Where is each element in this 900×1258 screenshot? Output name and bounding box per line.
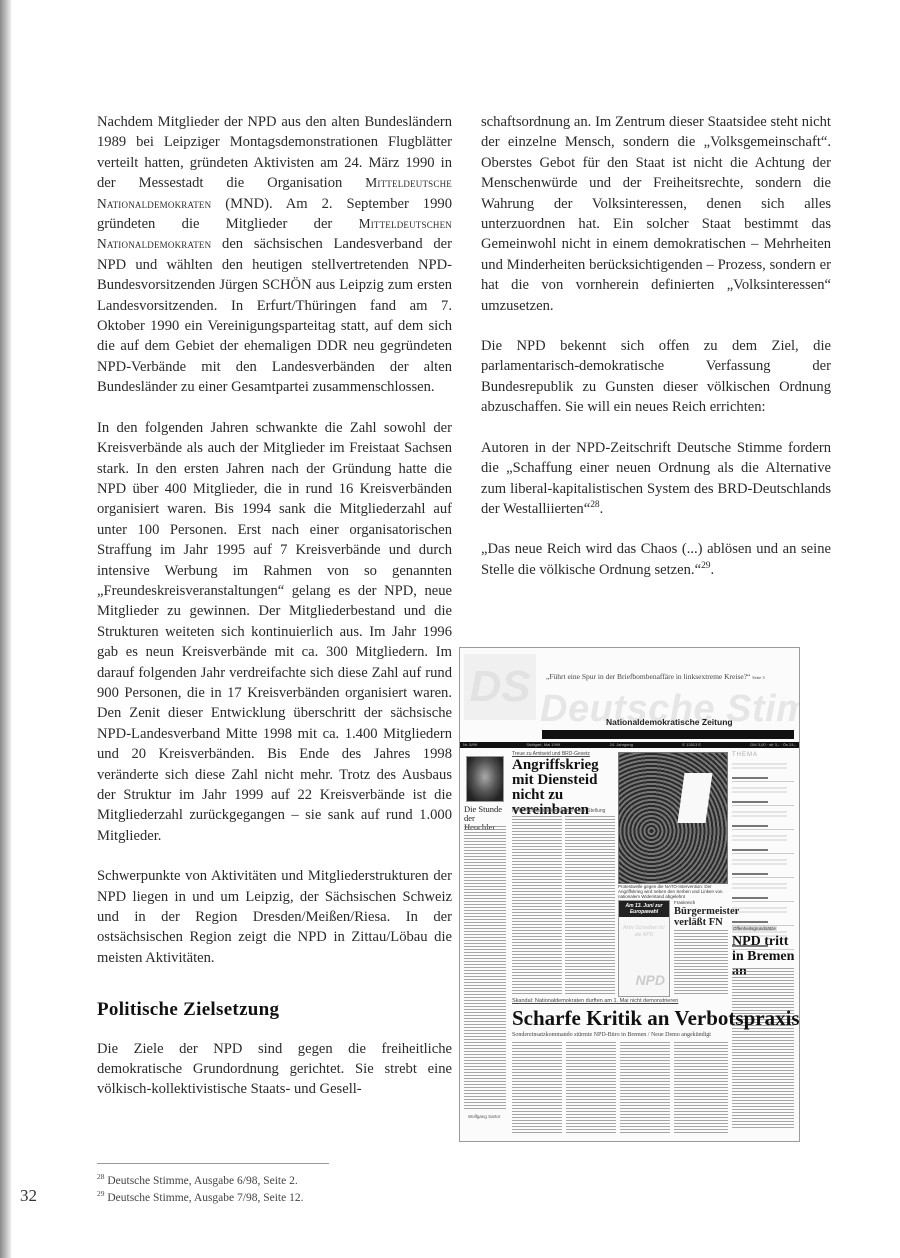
teaser-text: „Führt eine Spur in der Briefbombenaffär…: [546, 672, 750, 681]
left-column: Nachdem Mitglieder der NPD aus den alten…: [97, 112, 452, 1120]
teaser-page: Seite 3: [752, 675, 764, 680]
text-run: den sächsischen Landesverband der NPD un…: [97, 236, 452, 395]
themen-item: [732, 761, 794, 782]
bottom-deck: Sondereinsatzkommando stürmte NPD-Büro i…: [512, 1032, 711, 1038]
paragraph-constitution: Die NPD bekennt sich offen zu dem Ziel, …: [481, 336, 831, 418]
themen-item: [732, 785, 794, 806]
issue-volume: 24. Jahrgang: [610, 742, 633, 748]
footnote-divider: [97, 1163, 329, 1164]
newspaper-infobar: Nr. 5/99 Stuttgart, Mai 1999 24. Jahrgan…: [460, 742, 799, 748]
newspaper-logo: DS: [464, 654, 536, 720]
footnote-28: 28 Deutsche Stimme, Ausgabe 6/98, Seite …: [97, 1173, 303, 1190]
bottom-article-col1: [512, 1042, 562, 1134]
issue-code: E 13513 E: [682, 742, 701, 748]
bottom-kicker: Skandal: Nationaldemokraten durften am 1…: [512, 998, 678, 1004]
protest-photo: [618, 752, 728, 884]
bremen-kicker: Offenheitsgrundsätze: [732, 926, 777, 931]
themen-sidebar: THEMA: [732, 752, 794, 950]
footnote-text: Deutsche Stimme, Ausgabe 6/98, Seite 2.: [107, 1175, 297, 1187]
bottom-headline: Scharfe Kritik an Verbotspraxis: [512, 1006, 800, 1031]
footnote-ref-28: 28: [590, 500, 599, 510]
paragraph-membership: In den folgenden Jahren schwankte die Za…: [97, 418, 452, 847]
side-signature: Wolfgang Sartor: [468, 1114, 500, 1119]
newspaper-subtitle: Nationaldemokratische Zeitung: [606, 717, 733, 727]
section-heading: Politische Zielsetzung: [97, 1000, 452, 1020]
themen-item: [732, 905, 794, 926]
issue-price: DM 3,00 · sfr 3,- · Ös 24,-: [750, 742, 796, 748]
punctuation: .: [600, 501, 604, 517]
paragraph-founding: Nachdem Mitglieder der NPD aus den alten…: [97, 112, 452, 398]
newspaper-teaser: „Führt eine Spur in der Briefbombenaffär…: [546, 672, 765, 681]
portrait-photo: [466, 756, 504, 802]
themen-item: [732, 833, 794, 854]
issue-date: Stuttgart, Mai 1999: [526, 742, 560, 748]
bottom-article-col3: [620, 1042, 670, 1134]
quote-text: Autoren in der NPD-Zeitschrift Deutsche …: [481, 440, 831, 517]
ad-logo: NPD: [635, 972, 665, 988]
page-number: 32: [20, 1186, 37, 1206]
book-spine-shadow: [0, 0, 12, 1258]
side-article-text: [464, 826, 506, 1111]
issue-number: Nr. 5/99: [463, 742, 477, 748]
masthead-bar: [542, 730, 794, 739]
main-article-col2: [565, 816, 615, 994]
punctuation: .: [711, 562, 715, 578]
main-deck: NPD-Parteipräsidium bezieht klar Stellun…: [512, 808, 605, 814]
quote-text: „Das neue Reich wird das Chaos (...) abl…: [481, 541, 831, 577]
bottom-article-col4: [674, 1042, 728, 1134]
paragraph-goals: Die Ziele der NPD sind gegen die freihei…: [97, 1039, 452, 1100]
bremen-article-text: [732, 968, 794, 1128]
photo-caption: Protestwelle gegen die NATO-Intervention…: [618, 884, 726, 899]
footnote-text: Deutsche Stimme, Ausgabe 7/98, Seite 12.: [107, 1192, 303, 1204]
footnotes: 28 Deutsche Stimme, Ausgabe 6/98, Seite …: [97, 1173, 303, 1207]
themen-item: [732, 857, 794, 878]
newspaper-figure: DS „Führt eine Spur in der Briefbombenaf…: [459, 647, 800, 1142]
footnote-ref-29: 29: [701, 561, 710, 571]
paragraph-state-idea: schaftsordnung an. Im Zentrum dieser Sta…: [481, 112, 831, 316]
paragraph-regions: Schwerpunkte von Aktivitäten und Mitglie…: [97, 866, 452, 968]
mayor-headline: Bürgermeister verläßt FN: [674, 906, 729, 928]
paragraph-quote-29: „Das neue Reich wird das Chaos (...) abl…: [481, 539, 831, 580]
right-column: schaftsordnung an. Im Zentrum dieser Sta…: [481, 112, 831, 600]
election-ad: Am 13. Juni zur Europawahl Aktiv Schreib…: [618, 900, 670, 997]
footnote-number: 28: [97, 1172, 104, 1181]
mayor-article-text: [674, 930, 728, 994]
footnote-29: 29 Deutsche Stimme, Ausgabe 7/98, Seite …: [97, 1190, 303, 1207]
main-article-col1: [512, 816, 562, 994]
mayor-kicker: Frankreich: [674, 900, 695, 905]
themen-title: THEMA: [732, 752, 794, 758]
bottom-article-col2: [566, 1042, 616, 1134]
ad-top: Am 13. Juni zur Europawahl: [619, 901, 669, 917]
themen-item: [732, 809, 794, 830]
paragraph-quote-28: Autoren in der NPD-Zeitschrift Deutsche …: [481, 438, 831, 520]
themen-item: [732, 881, 794, 902]
footnote-number: 29: [97, 1189, 104, 1198]
ad-body: Aktiv Schreiben für die NPD: [619, 925, 669, 939]
